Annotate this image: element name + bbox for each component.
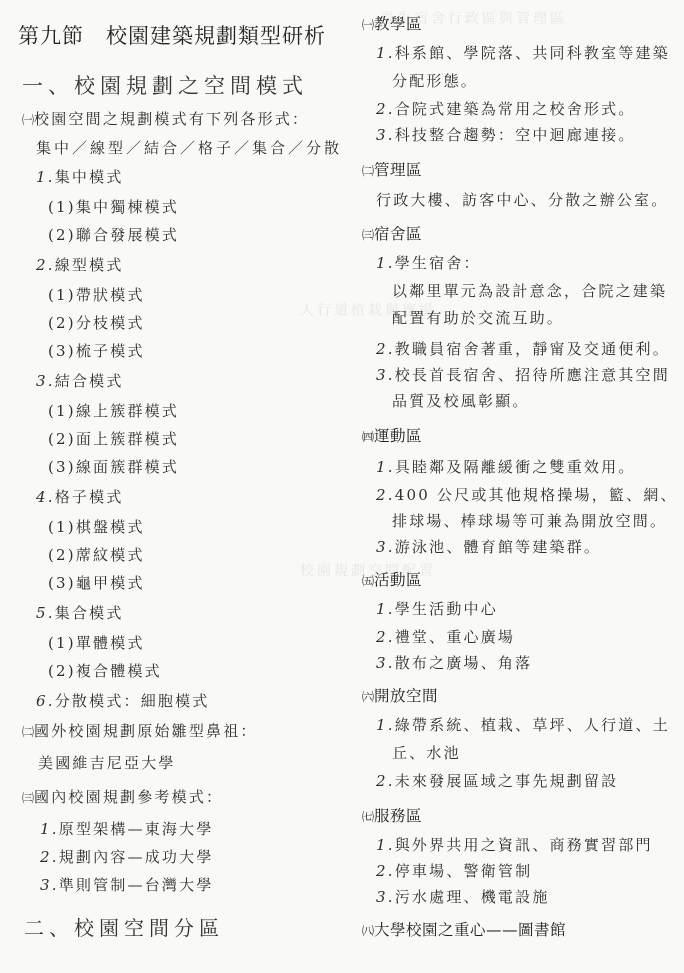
sub-list-item: (2)蓆紋模式 [48, 544, 145, 565]
list-item: 2.未來發展區域之事先規劃留設 [376, 770, 618, 791]
list-item: 3.游泳池、體育館等建築群。 [376, 536, 601, 557]
list-item: 2.線型模式 [36, 254, 124, 275]
list-item: 3.校長首長宿舍、招待所應注意其空間 [376, 364, 670, 385]
zone-service: ㈦服務區 [362, 804, 422, 826]
list-item: 1.集中模式 [36, 166, 124, 187]
sub-list-item: (1)單體模式 [48, 632, 145, 653]
zone-library: ㈧大學校園之重心——圖書館 [362, 918, 566, 940]
marker: ㈠ [22, 113, 34, 127]
list-item: 2.停車場、警衛管制 [376, 860, 532, 881]
page-title: 第九節 校園建築規劃類型研析 [18, 20, 326, 50]
sub-list-item: (2)聯合發展模式 [48, 224, 179, 245]
list-item: 3.污水處理、機電設施 [376, 886, 550, 907]
list-item: 3.結合模式 [36, 370, 124, 391]
sub-list-item: (3)線面簇群模式 [48, 456, 179, 477]
list-item: 2.合院式建築為常用之校舍形式。 [376, 98, 636, 119]
zone-admin-body: 行政大樓、訪客中心、分散之辦公室。 [376, 189, 668, 210]
list-item: 1.與外界共用之資訊、商務實習部門 [376, 834, 653, 855]
zone-open-space: ㈥開放空間 [362, 684, 438, 706]
zone-sports: ㈣運動區 [362, 424, 422, 446]
sub-list-item: (1)帶狀模式 [48, 284, 145, 305]
list-item: 1.科系館、學院落、共同科教室等建築 [376, 42, 670, 63]
list-item: 2.400 公尺或其他規格操場，籃、網、 [376, 484, 678, 505]
list-item: 1.原型架構—東海大學 [40, 818, 214, 839]
zone-dorm: ㈢宿舍區 [362, 222, 422, 244]
list-item-cont: 丘、水池 [392, 742, 461, 763]
list-item: 3.準則管制—台灣大學 [40, 874, 214, 895]
sub-list-item: (3)龜甲模式 [48, 572, 145, 593]
list-item: 1.具睦鄰及隔離緩衝之雙重效用。 [376, 456, 636, 477]
section-heading-1: 一、校園規劃之空間模式 [22, 70, 308, 100]
section-heading-2: 二、校園空間分區 [24, 912, 224, 941]
subsection-1: ㈠校園空間之規劃模式有下列各形式： [22, 108, 309, 129]
sub-list-item: (1)集中獨棟模式 [48, 196, 179, 217]
list-item-cont: 品質及校風彰顯。 [392, 390, 530, 411]
list-item: 1.學生活動中心 [376, 598, 498, 619]
list-item: 5.集合模式 [36, 602, 124, 623]
modes-line: 集中／線型／結合／格子／集合／分散 [36, 137, 342, 158]
list-item: 2.規劃內容—成功大學 [40, 846, 214, 867]
list-item: 3.散布之廣場、角落 [376, 652, 532, 673]
zone-admin: ㈡管理區 [362, 158, 422, 180]
list-item: 1.綠帶系統、植栽、草坪、人行道、土 [376, 714, 670, 735]
list-item: 4.格子模式 [36, 486, 124, 507]
list-item-cont: 排球場、棒球場等可兼為開放空間。 [392, 510, 667, 531]
list-item-cont: 配置有助於交流互助。 [392, 307, 564, 328]
sub-list-item: (1)線上簇群模式 [48, 400, 179, 421]
sub-list-item: (3)梳子模式 [48, 340, 145, 361]
list-item: 2.教職員宿舍著重，靜甯及交通便利。 [376, 338, 670, 359]
zone-activity: ㈤活動區 [362, 568, 422, 590]
sub-list-item: (2)複合體模式 [48, 660, 162, 681]
sub-list-item: (2)分枝模式 [48, 312, 145, 333]
list-item: 2.禮堂、重心廣場 [376, 626, 515, 647]
subsection-2: ㈡國外校園規劃原始雛型鼻祖： [22, 720, 258, 741]
list-item-cont: 分配形態。 [392, 70, 478, 91]
zone-teaching: ㈠教學區 [362, 12, 422, 34]
sub-list-item: (2)面上簇群模式 [48, 428, 179, 449]
list-item: 3.科技整合趨勢：空中迴廊連接。 [376, 124, 636, 145]
list-item: 1.學生宿舍： [376, 252, 481, 273]
list-item-cont: 以鄰里單元為設計意念，合院之建築 [392, 280, 667, 301]
list-item: 6.分散模式：細胞模式 [36, 690, 210, 711]
subsection-3: ㈢國內校園規劃參考模式： [22, 786, 223, 807]
sub-list-item: (1)棋盤模式 [48, 516, 145, 537]
subsection-2-body: 美國維吉尼亞大學 [38, 752, 176, 773]
